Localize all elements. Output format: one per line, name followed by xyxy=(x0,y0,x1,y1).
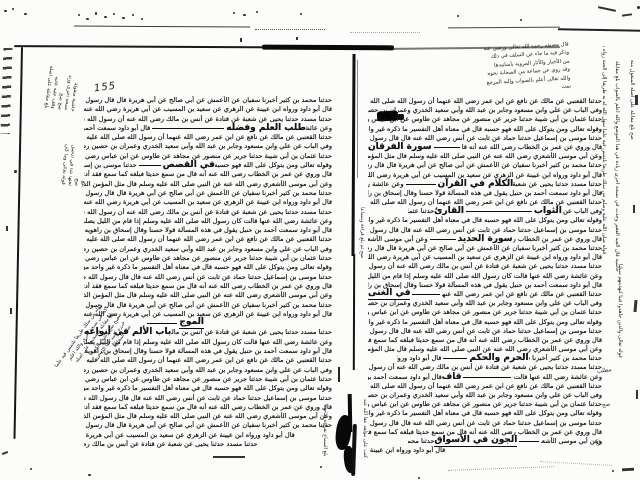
text-line: وقوله تعالى ومن يتوكل على الله فهو حسبه … xyxy=(368,125,602,134)
kashida-stroke xyxy=(152,128,224,129)
noise-speck xyxy=(256,11,258,13)
smudge-line xyxy=(350,32,420,34)
text-line: حدثنا موسى بن إسماعيل حدثنا حماد عن ثابت… xyxy=(84,394,332,403)
left-edge-marks xyxy=(1,48,13,134)
section-heading-line: قال وروي عن عمر بن الخطاب رضي الله عنه أ… xyxy=(368,143,602,152)
text-line: حدثنا القعنبي عن مالك عن نافع عن ابن عمر… xyxy=(84,133,332,142)
section-heading-line: حدثنا محمد بن كثير أخبرنا سفيان عن الأعم… xyxy=(368,354,602,363)
text-segment: حدثنا مسدد حدثنا يحيى عن شعبة عن قتادة ع… xyxy=(513,180,602,189)
text-line: وفي الباب عن علي وابن مسعود وجابر بن عبد… xyxy=(84,366,332,375)
noise-dash xyxy=(635,95,638,105)
text-segment: حدثنا مسدد حدثنا يحيى عن شعبة عن قتادة ع… xyxy=(171,328,332,337)
text-segment: قال أبو داود سمعت أحمد بن حنبل يقول في ه… xyxy=(368,373,442,382)
text-line: قال أبو داود ورواه ابن عيينة عن الزهري ع… xyxy=(84,310,332,319)
text-segment: وعن أبي موسى الأشعري رضي الله عنه عن الن… xyxy=(368,235,428,244)
text-line: قال أبو داود ورواه ابن عيينة عن الزهري ع… xyxy=(84,431,332,440)
margin-note: صح xyxy=(602,401,611,408)
text-line: حدثنا عثمان بن أبي شيبة حدثنا جرير عن من… xyxy=(368,400,602,409)
text-segment: قال وروي عن عمر بن الخطاب رضي الله عنه أ… xyxy=(462,143,602,152)
text-segment: قال أبو داود سمعت أحمد بن حنبل يقول في ه… xyxy=(84,124,150,133)
noise-speck xyxy=(300,13,302,15)
text-segment: وعن أبي موسى الأشعري رضي الله عنه عن الن… xyxy=(541,437,602,446)
text-line: وعن أبي موسى الأشعري رضي الله عنه عن الن… xyxy=(84,180,332,189)
text-line: حدثنا القعنبي عن مالك عن نافع عن ابن عمر… xyxy=(368,198,602,207)
text-line: حدثنا عثمان بن أبي شيبة حدثنا جرير عن من… xyxy=(84,375,332,384)
text-segment: وعن عائشة رضي الله عنها قالت كان رسول ال… xyxy=(513,373,602,382)
right-text-block: حدثنا القعنبي عن مالك عن نافع عن ابن عمر… xyxy=(368,97,602,455)
noise-speck xyxy=(612,470,614,472)
right-margin-column: قوله تعالى والذين جاهدوا فينا لنهدينهم س… xyxy=(617,262,623,358)
text-line: قال أبو داود سمعت أحمد بن حنبل يقول في ه… xyxy=(84,347,332,356)
noise-speck xyxy=(88,474,91,476)
text-line: وعن أبي موسى الأشعري رضي الله عنه عن الن… xyxy=(368,152,602,161)
text-segment: وعن عائشة رضي الله عنها قالت كان رسول ال… xyxy=(368,180,404,189)
noise-speck xyxy=(233,12,235,14)
text-line: قال وروي عن عمر بن الخطاب رضي الله عنه أ… xyxy=(84,170,332,179)
kashida-stroke xyxy=(412,294,440,295)
heading-text: قاف xyxy=(442,373,462,382)
text-line: وفي الباب عن علي وابن مسعود وجابر بن عبد… xyxy=(368,299,602,308)
kashida-stroke xyxy=(466,211,532,212)
section-heading-line: وقوله تعالى ومن يتوكل على الله فهو حسبه … xyxy=(84,161,332,170)
section-heading-line: حدثنا مسدد حدثنا يحيى عن شعبة عن قتادة ع… xyxy=(84,328,332,337)
smudge-line xyxy=(558,28,640,34)
text-segment: حدثنا محمد بن كثير أخبرنا سفيان عن الأعم… xyxy=(529,354,602,363)
text-line: وفي الباب عن علي وابن مسعود وجابر بن عبد… xyxy=(368,106,602,115)
text-line: حدثنا محمد بن كثير أخبرنا سفيان عن الأعم… xyxy=(84,421,332,430)
heading-text: سورة الفرقان xyxy=(368,143,432,152)
text-line: قال أبو داود ورواه ابن عيينة عن الزهري ع… xyxy=(84,198,332,207)
text-segment: قال وروي عن عمر بن الخطاب رضي الله عنه أ… xyxy=(513,235,602,244)
heading-text: باب الألم في أنواعه xyxy=(84,328,171,337)
gutter-note: بلغ السماع بقراءة صاحبه xyxy=(322,390,328,456)
right-top-marginalia: قال مصنفه رحمه الله تعالى ورضي عنه وذكر … xyxy=(369,40,572,102)
kashida-stroke xyxy=(139,165,161,166)
text-line: وعن أبي موسى الأشعري رضي الله عنه عن الن… xyxy=(84,412,332,421)
text-line: حدثنا عثمان بن أبي شيبة حدثنا جرير عن من… xyxy=(368,308,602,317)
manuscript-scan: 155 بلغ مقابلة على أصله وقف عليه كاتبه ص… xyxy=(0,0,640,480)
text-line: حدثنا موسى بن إسماعيل حدثنا حماد عن ثابت… xyxy=(84,273,332,282)
left-text-block: حدثنا محمد بن كثير أخبرنا سفيان عن الأعم… xyxy=(84,96,332,449)
section-heading-line: وفي الباب عن علي وابن مسعود وجابر بن عبد… xyxy=(368,207,602,216)
section-heading-line: وعن عائشة رضي الله عنها قالت كان رسول ال… xyxy=(84,124,332,133)
heading-text: الكلام في القرآن xyxy=(438,180,514,189)
noise-speck xyxy=(320,466,322,468)
noise-speck xyxy=(104,16,107,18)
section-heading-line: حدثنا مسدد حدثنا يحيى عن شعبة عن قتادة ع… xyxy=(368,180,602,189)
text-line: قال أبو داود سمعت أحمد بن حنبل يقول في ه… xyxy=(368,189,602,198)
noise-dash xyxy=(633,300,637,312)
right-margin-column: قوله صلى الله عليه وسلم من سلك طريقا يلت… xyxy=(601,46,607,254)
text-line: حدثنا القعنبي عن مالك عن نافع عن ابن عمر… xyxy=(84,235,332,244)
text-line: وقوله تعالى ومن يتوكل على الله فهو حسبه … xyxy=(368,318,602,327)
smudge-line xyxy=(448,27,560,31)
noise-speck xyxy=(4,10,7,12)
text-line: حدثنا القعنبي عن مالك عن نافع عن ابن عمر… xyxy=(84,356,332,365)
text-segment: وفي الباب عن علي وابن مسعود وجابر بن عبد… xyxy=(562,207,602,216)
kashida-stroke xyxy=(434,147,460,148)
noise-dash xyxy=(598,6,616,12)
text-segment: وعن عائشة رضي الله عنها قالت كان رسول ال… xyxy=(306,124,332,133)
finis-dash xyxy=(213,456,245,458)
smudge-line xyxy=(74,26,250,30)
text-line: وفي الباب عن علي وابن مسعود وجابر بن عبد… xyxy=(84,245,332,254)
faint-scribble xyxy=(448,466,554,472)
text-line: قال وروي عن عمر بن الخطاب رضي الله عنه أ… xyxy=(84,403,332,412)
text-line: حدثنا القعنبي عن مالك عن نافع عن ابن عمر… xyxy=(368,382,602,391)
text-line: وقوله تعالى ومن يتوكل على الله فهو حسبه … xyxy=(368,409,602,418)
noise-dash xyxy=(10,308,12,314)
text-line: وعن عائشة رضي الله عنها قالت كان رسول ال… xyxy=(84,217,332,226)
text-line: حدثنا محمد بن كثير أخبرنا سفيان عن الأعم… xyxy=(368,161,602,170)
text-line: قال أبو داود سمعت أحمد بن حنبل يقول في ه… xyxy=(84,226,332,235)
gutter-mark xyxy=(338,367,340,382)
section-heading-line: حدثنا القعنبي عن مالك عن نافع عن ابن عمر… xyxy=(368,290,602,299)
text-line: قال أبو داود ورواه ابن عيينة عن الزهري ع… xyxy=(84,105,332,114)
noise-speck xyxy=(86,18,89,20)
text-line: وقوله تعالى ومن يتوكل على الله فهو حسبه … xyxy=(368,216,602,225)
kashida-stroke xyxy=(463,377,511,378)
text-line: حدثنا مسدد حدثنا يحيى عن شعبة عن قتادة ع… xyxy=(84,440,332,449)
right-margin-column: حاشية قال العبد الفقير وجدت في نسخة أخرى… xyxy=(614,44,620,272)
section-heading-line: قال وروي عن عمر بن الخطاب رضي الله عنه أ… xyxy=(368,235,602,244)
text-line: حدثنا القعنبي عن مالك عن نافع عن ابن عمر… xyxy=(368,97,602,106)
smudge-line xyxy=(255,29,325,31)
kashida-stroke xyxy=(519,441,539,442)
gutter-ink-blob xyxy=(334,414,353,451)
noise-dash xyxy=(2,451,8,455)
text-line: حدثنا موسى بن إسماعيل حدثنا حماد عن ثابت… xyxy=(368,327,602,336)
noise-dash xyxy=(6,226,8,231)
heading-text: الحرم والحكم xyxy=(469,354,528,363)
noise-speck xyxy=(520,19,522,21)
margin-note: مطلب xyxy=(597,367,612,375)
text-line: وعن عائشة رضي الله عنها قالت كان رسول ال… xyxy=(84,338,332,347)
text-line: قال وروي عن عمر بن الخطاب رضي الله عنه أ… xyxy=(84,282,332,291)
gutter-line-ghost xyxy=(357,60,358,178)
text-line: قال أبو داود ورواه ابن عيينة عن الزهري ع… xyxy=(368,253,602,262)
gutter-line xyxy=(353,254,356,370)
kashida-stroke xyxy=(443,358,467,359)
heading-text: طلب العلم وفضله xyxy=(226,124,306,133)
left-page-left-rule xyxy=(13,47,23,439)
heading-text: في القصص xyxy=(163,161,215,170)
gutter-ink-blob xyxy=(351,424,357,476)
text-segment: حدثنا القعنبي عن مالك عن نافع عن ابن عمر… xyxy=(442,290,602,299)
text-segment: قال أبو داود ورواه ابن عيينة عن الزهري ع… xyxy=(397,354,441,363)
noise-speck xyxy=(95,12,97,15)
text-line: حدثنا مسدد حدثنا يحيى عن شعبة عن قتادة ع… xyxy=(368,363,602,372)
noise-speck xyxy=(14,170,17,173)
text-line: وقوله تعالى ومن يتوكل على الله فهو حسبه … xyxy=(84,384,332,393)
noise-speck xyxy=(30,468,32,470)
noise-dash xyxy=(633,205,635,213)
noise-dash xyxy=(622,13,632,16)
noise-speck xyxy=(113,13,115,15)
text-line: حدثنا محمد بن كثير أخبرنا سفيان عن الأعم… xyxy=(84,301,332,310)
noise-speck xyxy=(141,18,143,20)
text-segment: وقوله تعالى ومن يتوكل على الله فهو حسبه … xyxy=(215,161,332,170)
text-segment: حدثنا عثمان بن أبي شيبة حدثنا جرير عن من… xyxy=(408,207,434,216)
noise-speck xyxy=(243,14,246,16)
noise-speck xyxy=(122,17,125,19)
section-heading-line: وعن عائشة رضي الله عنها قالت كان رسول ال… xyxy=(368,373,602,382)
heading-text: الجون في الأسواق xyxy=(434,436,517,447)
noise-speck xyxy=(24,13,27,15)
noise-speck xyxy=(457,15,459,17)
text-line: حدثنا عثمان بن أبي شيبة حدثنا جرير عن من… xyxy=(84,254,332,263)
text-line: حدثنا موسى بن إسماعيل حدثنا حماد عن ثابت… xyxy=(368,419,602,428)
gutter-note: صح ثم بلغ قراءة وسماعا xyxy=(359,106,365,258)
text-line: حدثنا محمد بن كثير أخبرنا سفيان عن الأعم… xyxy=(84,96,332,105)
text-line: حدثنا محمد بن كثير أخبرنا سفيان عن الأعم… xyxy=(84,189,332,198)
text-line: حدثنا مسدد حدثنا يحيى عن شعبة عن قتادة ع… xyxy=(84,208,332,217)
noise-speck xyxy=(132,14,134,16)
noise-dash xyxy=(622,468,634,472)
text-segment: حدثنا محمد بن كثير أخبرنا سفيان عن الأعم… xyxy=(408,437,434,446)
margin-note-block-upper: بلغ مقابلة على أصله وقف عليه كاتبه صح صح… xyxy=(43,51,82,111)
noise-speck xyxy=(12,8,14,10)
gutter-line xyxy=(351,54,355,256)
heading-text: الثواب xyxy=(534,207,562,216)
text-line: حدثنا مسدد حدثنا يحيى عن شعبة عن قتادة ع… xyxy=(368,262,602,271)
text-segment: حدثنا موسى بن إسماعيل حدثنا حماد عن ثابت… xyxy=(84,161,137,170)
text-line: وعن عائشة رضي الله عنها قالت كان رسول ال… xyxy=(368,272,602,281)
noise-speck xyxy=(78,14,80,16)
text-line: حدثنا عثمان بن أبي شيبة حدثنا جرير عن من… xyxy=(368,115,602,124)
kashida-stroke xyxy=(406,184,436,185)
heading-text: القارئ xyxy=(434,207,464,216)
noise-dash xyxy=(296,37,298,40)
kashida-stroke xyxy=(147,323,177,324)
kashida-stroke xyxy=(430,239,456,240)
text-line: وفي الباب عن علي وابن مسعود وجابر بن عبد… xyxy=(368,391,602,400)
heading-text: سورة الحديد xyxy=(458,235,513,244)
left-page-top-rule-thick xyxy=(262,44,394,49)
noise-speck xyxy=(418,477,420,479)
noise-dash xyxy=(240,38,242,42)
text-line: وقوله تعالى ومن يتوكل على الله فهو حسبه … xyxy=(84,263,332,272)
text-line: قال أبو داود ورواه ابن عيينة عن الزهري ع… xyxy=(368,446,602,455)
text-line: وفي الباب عن علي وابن مسعود وجابر بن عبد… xyxy=(84,142,332,151)
text-line: وعن أبي موسى الأشعري رضي الله عنه عن الن… xyxy=(84,291,332,300)
text-line: قال وروي عن عمر بن الخطاب رضي الله عنه أ… xyxy=(368,336,602,345)
section-heading-line: وعن أبي موسى الأشعري رضي الله عنه عن الن… xyxy=(368,437,602,446)
noise-dash xyxy=(636,390,638,399)
folio-number: 155 xyxy=(93,81,116,95)
margin-note: بلغ xyxy=(596,440,603,447)
text-line: حدثنا محمد بن كثير أخبرنا سفيان عن الأعم… xyxy=(368,244,602,253)
